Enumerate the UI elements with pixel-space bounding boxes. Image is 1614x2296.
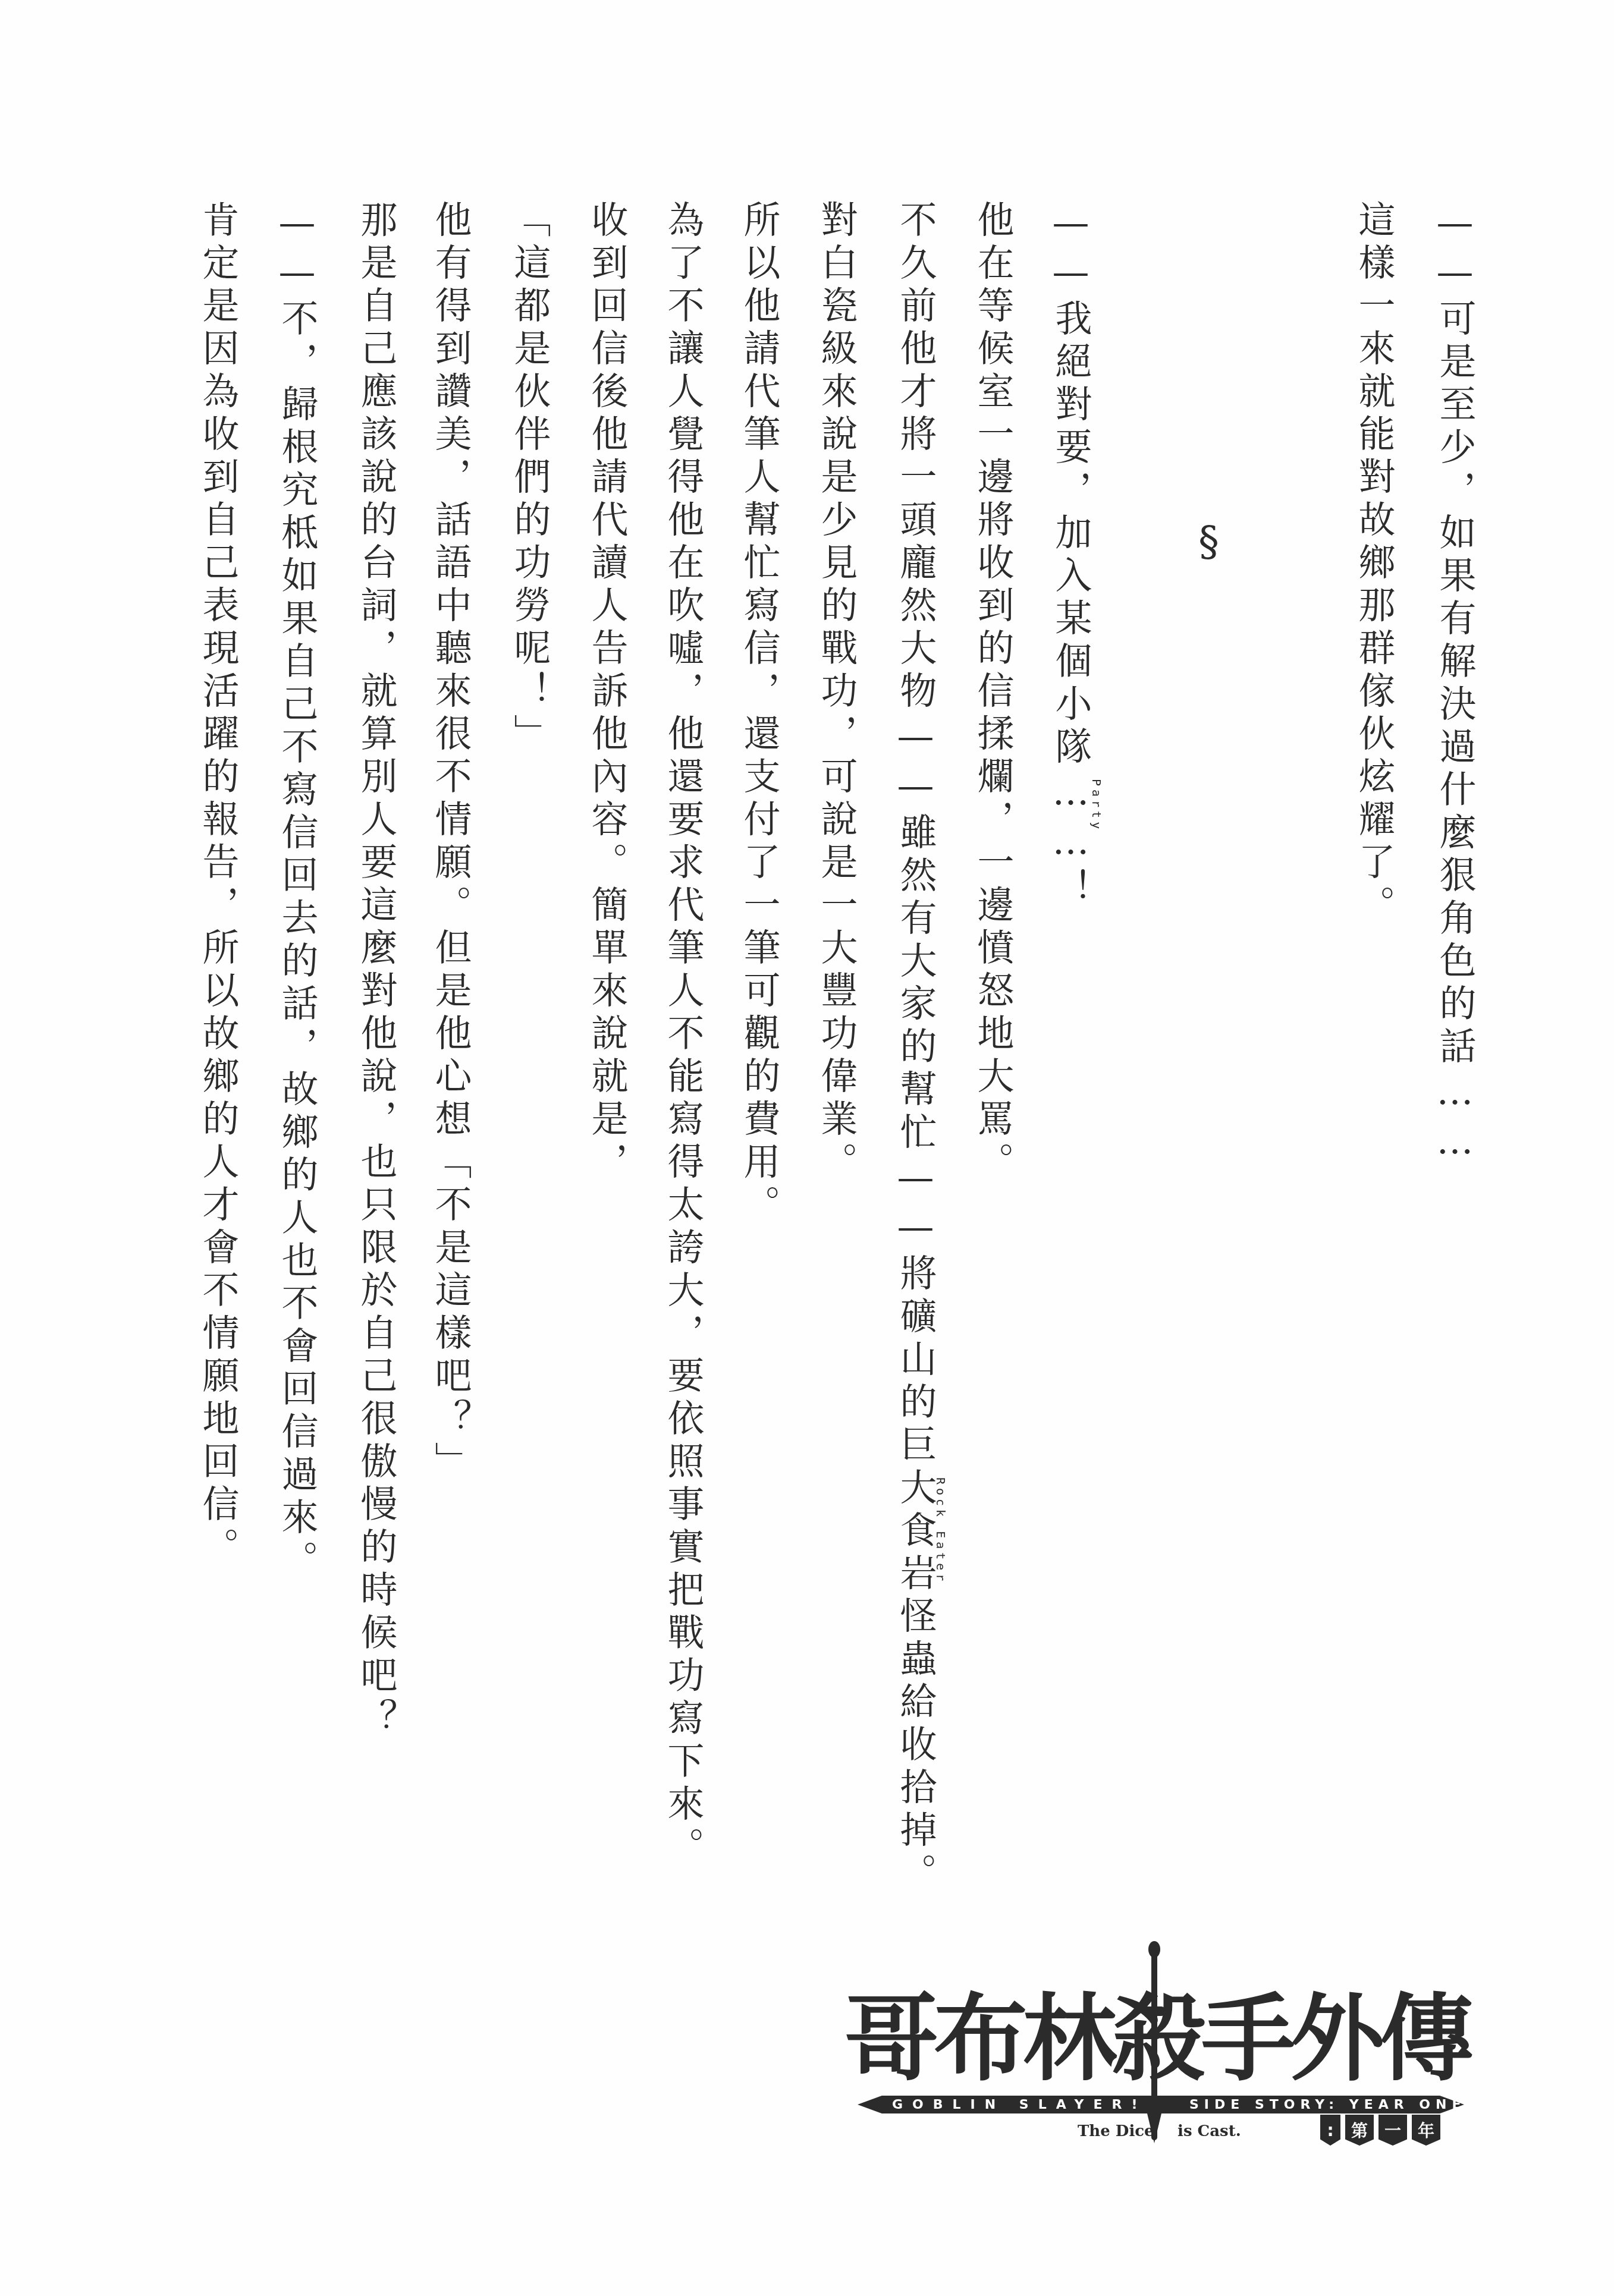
logo-year-badges: : 第 一 年: [1320, 2115, 1440, 2146]
series-logo: 哥布林殺手外傳 GOBLIN SLAYER! SIDE STORY: YEAR …: [844, 1941, 1475, 2146]
logo-badge-nian: 年: [1412, 2115, 1440, 2146]
text-column-8: 為了不讓人覺得他在吹噓，他還要求代筆人不能寫得太誇大，要依照事實把戰功寫下來。: [661, 200, 704, 1870]
logo-badge-di: 第: [1345, 2115, 1374, 2146]
text-column-14: 肯定是因為收到自己表現活躍的報告，所以故鄉的人才會不情願地回信。: [196, 200, 239, 1570]
text-column-4: 他在等候室一邊將收到的信揉爛，一邊憤怒地大罵。: [971, 200, 1014, 1185]
ruby-rock-eater: Rock Eater: [934, 1477, 948, 1584]
logo-banner-subtitle: SIDE STORY: YEAR ONE: [1189, 2097, 1466, 2112]
text-column-9: 收到回信後他請代讀人告訴他內容。簡單來說就是，: [585, 200, 628, 1185]
section-break-mark: §: [1198, 517, 1219, 566]
text-column-5: 不久前他才將一頭龐然大物——雖然有大家的幫忙——將礦山的巨大食岩怪蟲給收拾掉。: [894, 200, 937, 1896]
text-column-10: 「這都是伙伴們的功勞呢！」: [508, 200, 551, 757]
ruby-party: Party: [1089, 779, 1104, 832]
text-column-7: 所以他請代筆人幫忙寫信，還支付了一筆可觀的費用。: [737, 200, 780, 1228]
text-column-1: ——可是至少，如果有解決過什麼狠角色的話……: [1433, 200, 1476, 1168]
sword-pommel-icon: [1148, 1941, 1160, 1958]
logo-badge-yi: 一: [1379, 2115, 1407, 2146]
logo-tagline-left: The Dice: [1078, 2122, 1154, 2140]
logo-badge-colon: :: [1320, 2115, 1340, 2146]
text-column-13: ——不，歸根究柢如果自己不寫信回去的話，故鄉的人也不會回信過來。: [275, 200, 318, 1583]
text-column-11: 他有得到讚美，話語中聽來很不情願。但是他心想「不是這樣吧？」: [429, 200, 472, 1484]
logo-tagline-right: is Cast.: [1177, 2122, 1241, 2140]
logo-title-zh: 哥布林殺手外傳: [844, 1989, 1469, 2090]
logo-banner-title: GOBLIN SLAYER!: [892, 2097, 1147, 2112]
book-page: ——可是至少，如果有解決過什麼狠角色的話…… 這樣一來就能對故鄉那群傢伙炫耀了。…: [0, 0, 1614, 2296]
text-column-6: 對白瓷級來說是少見的戰功，可說是一大豐功偉業。: [815, 200, 858, 1185]
text-column-2: 這樣一來就能對故鄉那群傢伙炫耀了。: [1352, 200, 1395, 928]
text-column-12: 那是自己應該說的台詞，就算別人要這麼對他說，也只限於自己很傲慢的時候吧？: [354, 200, 397, 1741]
text-column-3: ——我絕對要，加入某個小隊……！: [1049, 200, 1092, 911]
